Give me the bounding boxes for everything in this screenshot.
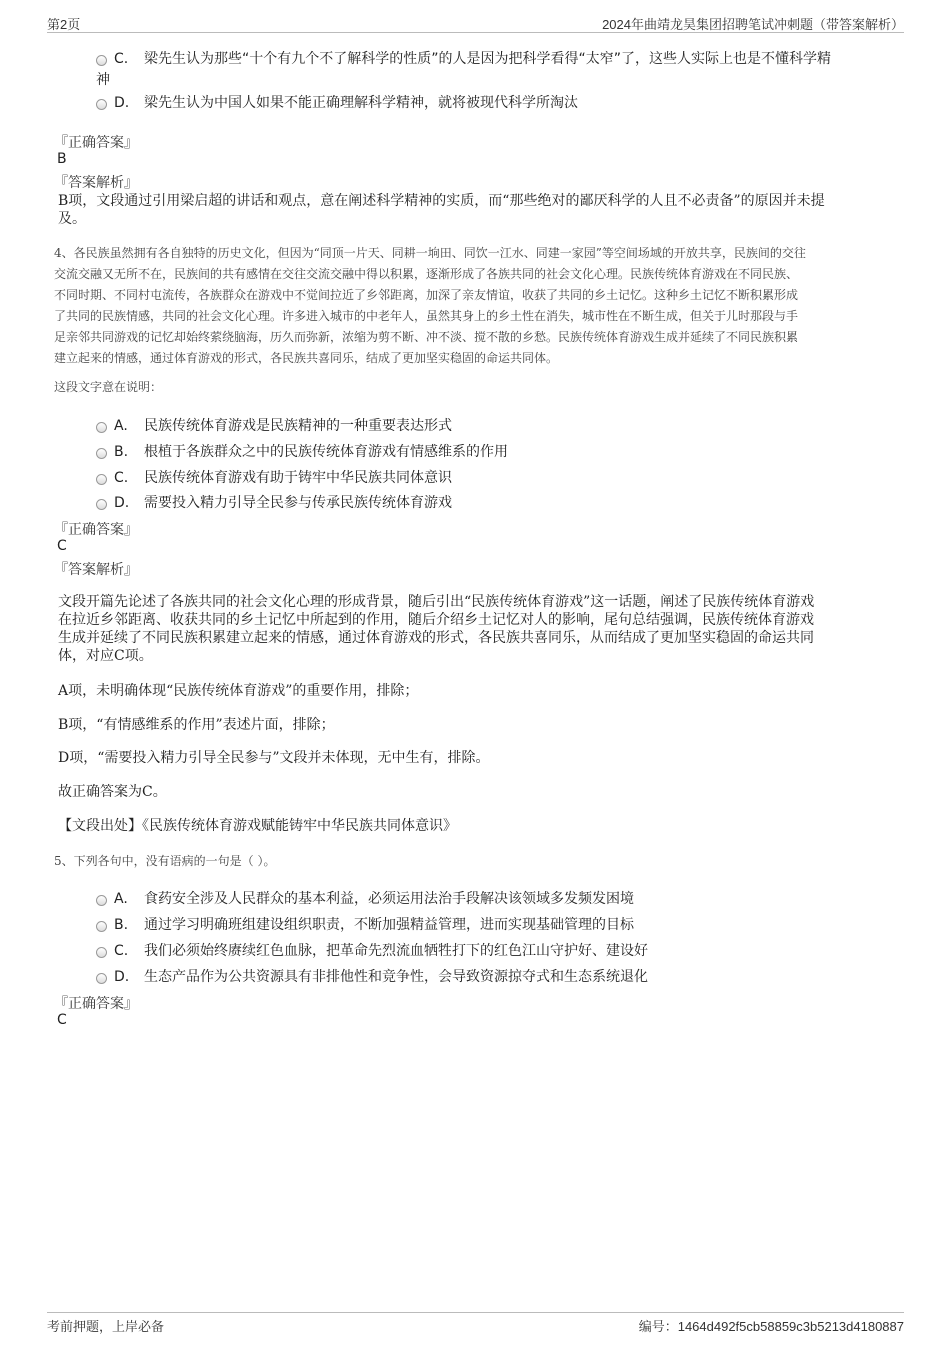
q3-option-d[interactable]: D.梁先生认为中国人如果不能正确理解科学精神，就将被现代科学所淘汰 [96,92,578,112]
page-footer: 考前押题，上岸必备 编号：1464d492f5cb58859c3b5213d41… [47,1312,904,1333]
q4-analysis-d: D项，“需要投入精力引导全民参与”文段并未体现，无中生有，排除。 [58,749,888,767]
q4-question: 这段文字意在说明： [54,378,162,395]
radio-icon[interactable] [96,99,107,110]
footer-slogan: 考前押题，上岸必备 [47,1316,164,1335]
q5-option-b[interactable]: B.通过学习明确班组建设组织职责，不断加强精益管理，进而实现基础管理的目标 [96,914,634,934]
q3-option-c[interactable]: C.梁先生认为那些“十个有九个不了解科学的性质”的人是因为把科学看得“太窄”了，… [96,48,831,68]
source-title: 《民族传统体育游戏赋能铸牢中华民族共同体意识》 [142,818,457,834]
option-text: 通过学习明确班组建设组织职责，不断加强精益管理，进而实现基础管理的目标 [144,917,634,933]
q4-answer-label: 『正确答案』 [54,519,138,539]
radio-icon[interactable] [96,55,107,66]
q4-analysis-b: B项，“有情感维系的作用”表述片面，排除； [58,716,888,734]
q3-option-c-wrap: 神 [96,69,110,89]
radio-icon[interactable] [96,895,107,906]
page-header: 第2页 2024年曲靖龙昊集团招聘笔试冲刺题（带答案解析） [47,12,904,33]
radio-icon[interactable] [96,499,107,510]
q3-answer-label: 『正确答案』 [54,132,138,152]
q5-answer: C [57,1012,67,1028]
option-text: 食药安全涉及人民群众的基本利益，必须运用法治手段解决该领域多发频发困境 [144,891,634,907]
option-text: 民族传统体育游戏是民族精神的一种重要表达形式 [144,418,452,434]
q4-analysis-label: 『答案解析』 [54,559,138,579]
q5-question: 5、下列各句中，没有语病的一句是（ ）。 [54,852,275,869]
q5-answer-label: 『正确答案』 [54,993,138,1013]
radio-icon[interactable] [96,947,107,958]
q4-option-a[interactable]: A.民族传统体育游戏是民族精神的一种重要表达形式 [96,415,452,435]
option-text: 需要投入精力引导全民参与传承民族传统体育游戏 [144,495,452,511]
q4-analysis-a: A项，未明确体现“民族传统体育游戏”的重要作用，排除； [58,682,888,700]
radio-icon[interactable] [96,448,107,459]
q3-analysis-line1: B项，文段通过引用梁启超的讲话和观点，意在阐述科学精神的实质，而“那些绝对的鄙厌… [58,192,888,210]
q5-option-c[interactable]: C.我们必须始终赓续红色血脉，把革命先烈流血牺牲打下的红色江山守护好、建设好 [96,940,648,960]
source-label: 【文段出处】 [58,818,142,834]
q3-analysis-line2: 及。 [58,210,888,228]
q5-option-d[interactable]: D.生态产品作为公共资源具有非排他性和竞争性，会导致资源掠夺式和生态系统退化 [96,966,648,986]
q4-option-c[interactable]: C.民族传统体育游戏有助于铸牢中华民族共同体意识 [96,467,452,487]
radio-icon[interactable] [96,973,107,984]
option-text: 生态产品作为公共资源具有非排他性和竞争性，会导致资源掠夺式和生态系统退化 [144,969,648,985]
option-text: 我们必须始终赓续红色血脉，把革命先烈流血牺牲打下的红色江山守护好、建设好 [144,943,648,959]
option-text: 民族传统体育游戏有助于铸牢中华民族共同体意识 [144,470,452,486]
option-text: 梁先生认为中国人如果不能正确理解科学精神，就将被现代科学所淘汰 [144,95,578,111]
q4-source: 【文段出处】《民族传统体育游戏赋能铸牢中华民族共同体意识》 [58,817,888,835]
document-code: 编号：1464d492f5cb58859c3b5213d4180887 [639,1316,904,1335]
q4-passage: 4、各民族虽然拥有各自独特的历史文化，但因为“同顶一片天、同耕一垧田、同饮一江水… [54,243,894,369]
q3-answer: B [57,151,67,167]
q3-analysis-label: 『答案解析』 [54,172,138,192]
document-title: 2024年曲靖龙昊集团招聘笔试冲刺题（带答案解析） [602,14,904,33]
q4-option-d[interactable]: D.需要投入精力引导全民参与传承民族传统体育游戏 [96,492,452,512]
radio-icon[interactable] [96,921,107,932]
q5-option-a[interactable]: A.食药安全涉及人民群众的基本利益，必须运用法治手段解决该领域多发频发困境 [96,888,634,908]
q4-conclusion: 故正确答案为C。 [58,783,888,801]
q4-answer: C [57,538,67,554]
option-text: 根植于各族群众之中的民族传统体育游戏有情感维系的作用 [144,444,508,460]
radio-icon[interactable] [96,422,107,433]
option-text: 梁先生认为那些“十个有九个不了解科学的性质”的人是因为把科学看得“太窄”了，这些… [144,51,831,67]
q4-analysis-body: 文段开篇先论述了各族共同的社会文化心理的形成背景，随后引出“民族传统体育游戏”这… [58,593,888,665]
page-number: 第2页 [47,14,80,33]
q4-option-b[interactable]: B.根植于各族群众之中的民族传统体育游戏有情感维系的作用 [96,441,508,461]
radio-icon[interactable] [96,474,107,485]
